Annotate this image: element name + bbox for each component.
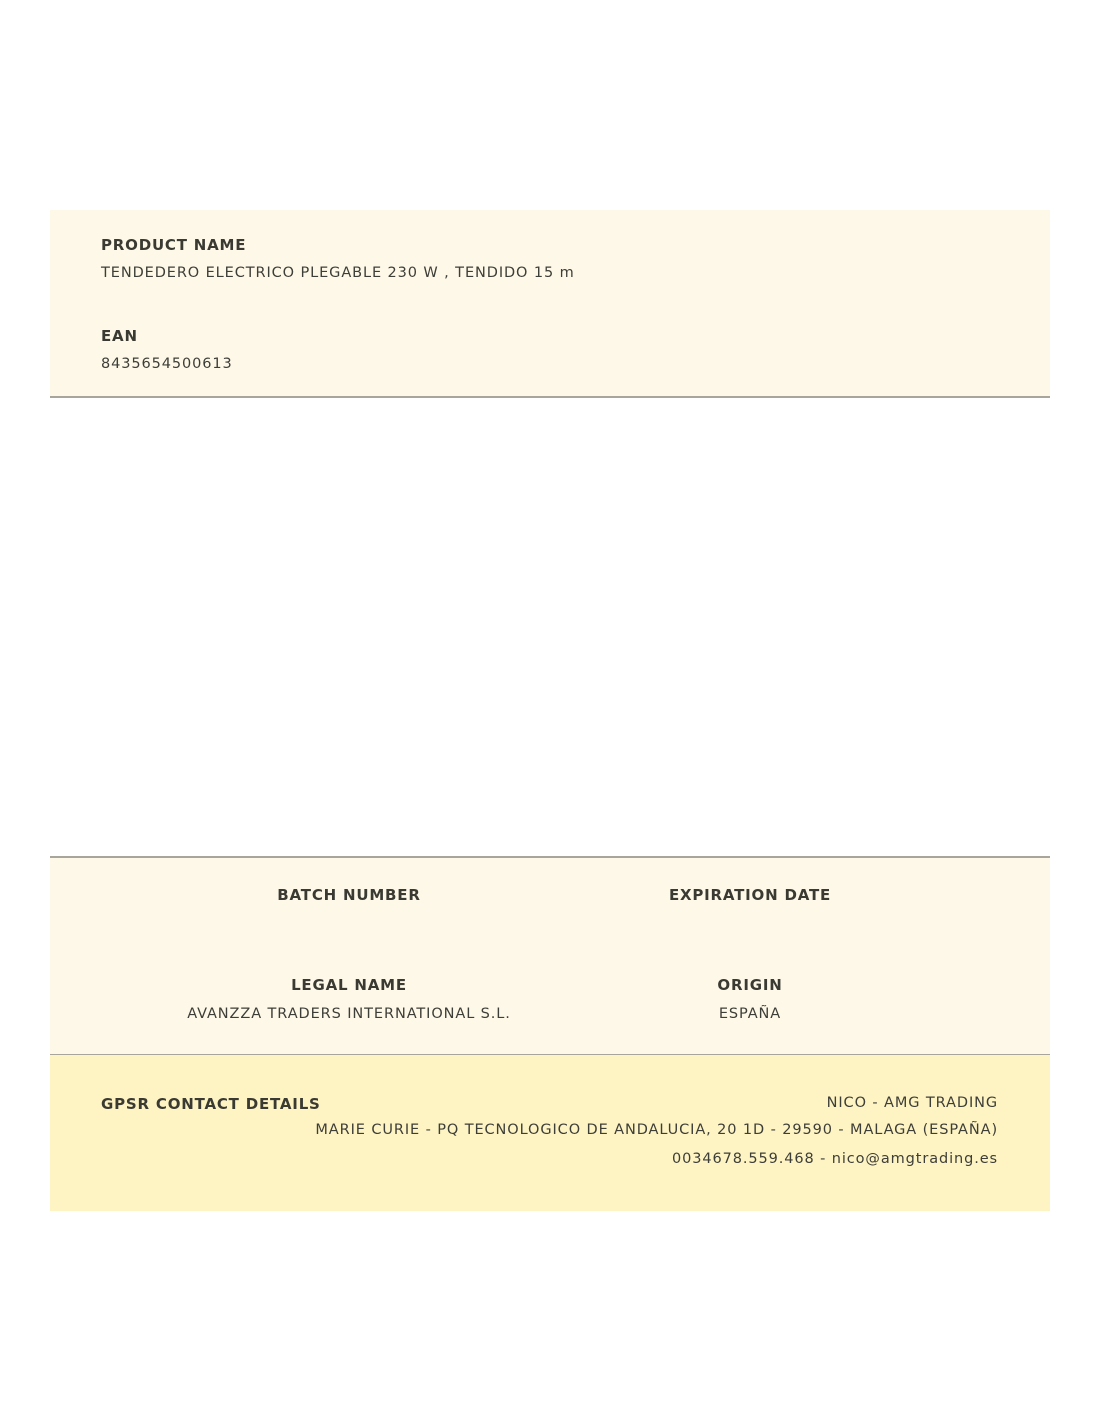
expiration-date-label: EXPIRATION DATE [669, 886, 831, 904]
origin-label: ORIGIN [717, 976, 782, 994]
contact-panel: GPSR CONTACT DETAILS NICO - AMG TRADING … [50, 1055, 1050, 1211]
ean-value: 8435654500613 [101, 356, 233, 372]
contact-phone-email: 0034678.559.468 - nico@amgtrading.es [672, 1151, 998, 1167]
product-name-value: TENDEDERO ELECTRICO PLEGABLE 230 W , TEN… [101, 265, 575, 281]
info-panel: BATCH NUMBER EXPIRATION DATE LEGAL NAME … [50, 856, 1050, 1056]
origin-value: ESPAÑA [719, 1006, 781, 1022]
legal-name-value: AVANZZA TRADERS INTERNATIONAL S.L. [187, 1006, 511, 1022]
contact-address: MARIE CURIE - PQ TECNOLOGICO DE ANDALUCI… [315, 1122, 998, 1138]
product-panel: PRODUCT NAME TENDEDERO ELECTRICO PLEGABL… [50, 210, 1050, 398]
product-name-label: PRODUCT NAME [101, 236, 246, 254]
contact-name: NICO - AMG TRADING [827, 1095, 998, 1111]
ean-label: EAN [101, 327, 138, 345]
gpsr-contact-label: GPSR CONTACT DETAILS [101, 1095, 321, 1113]
legal-name-label: LEGAL NAME [291, 976, 407, 994]
batch-number-label: BATCH NUMBER [277, 886, 420, 904]
